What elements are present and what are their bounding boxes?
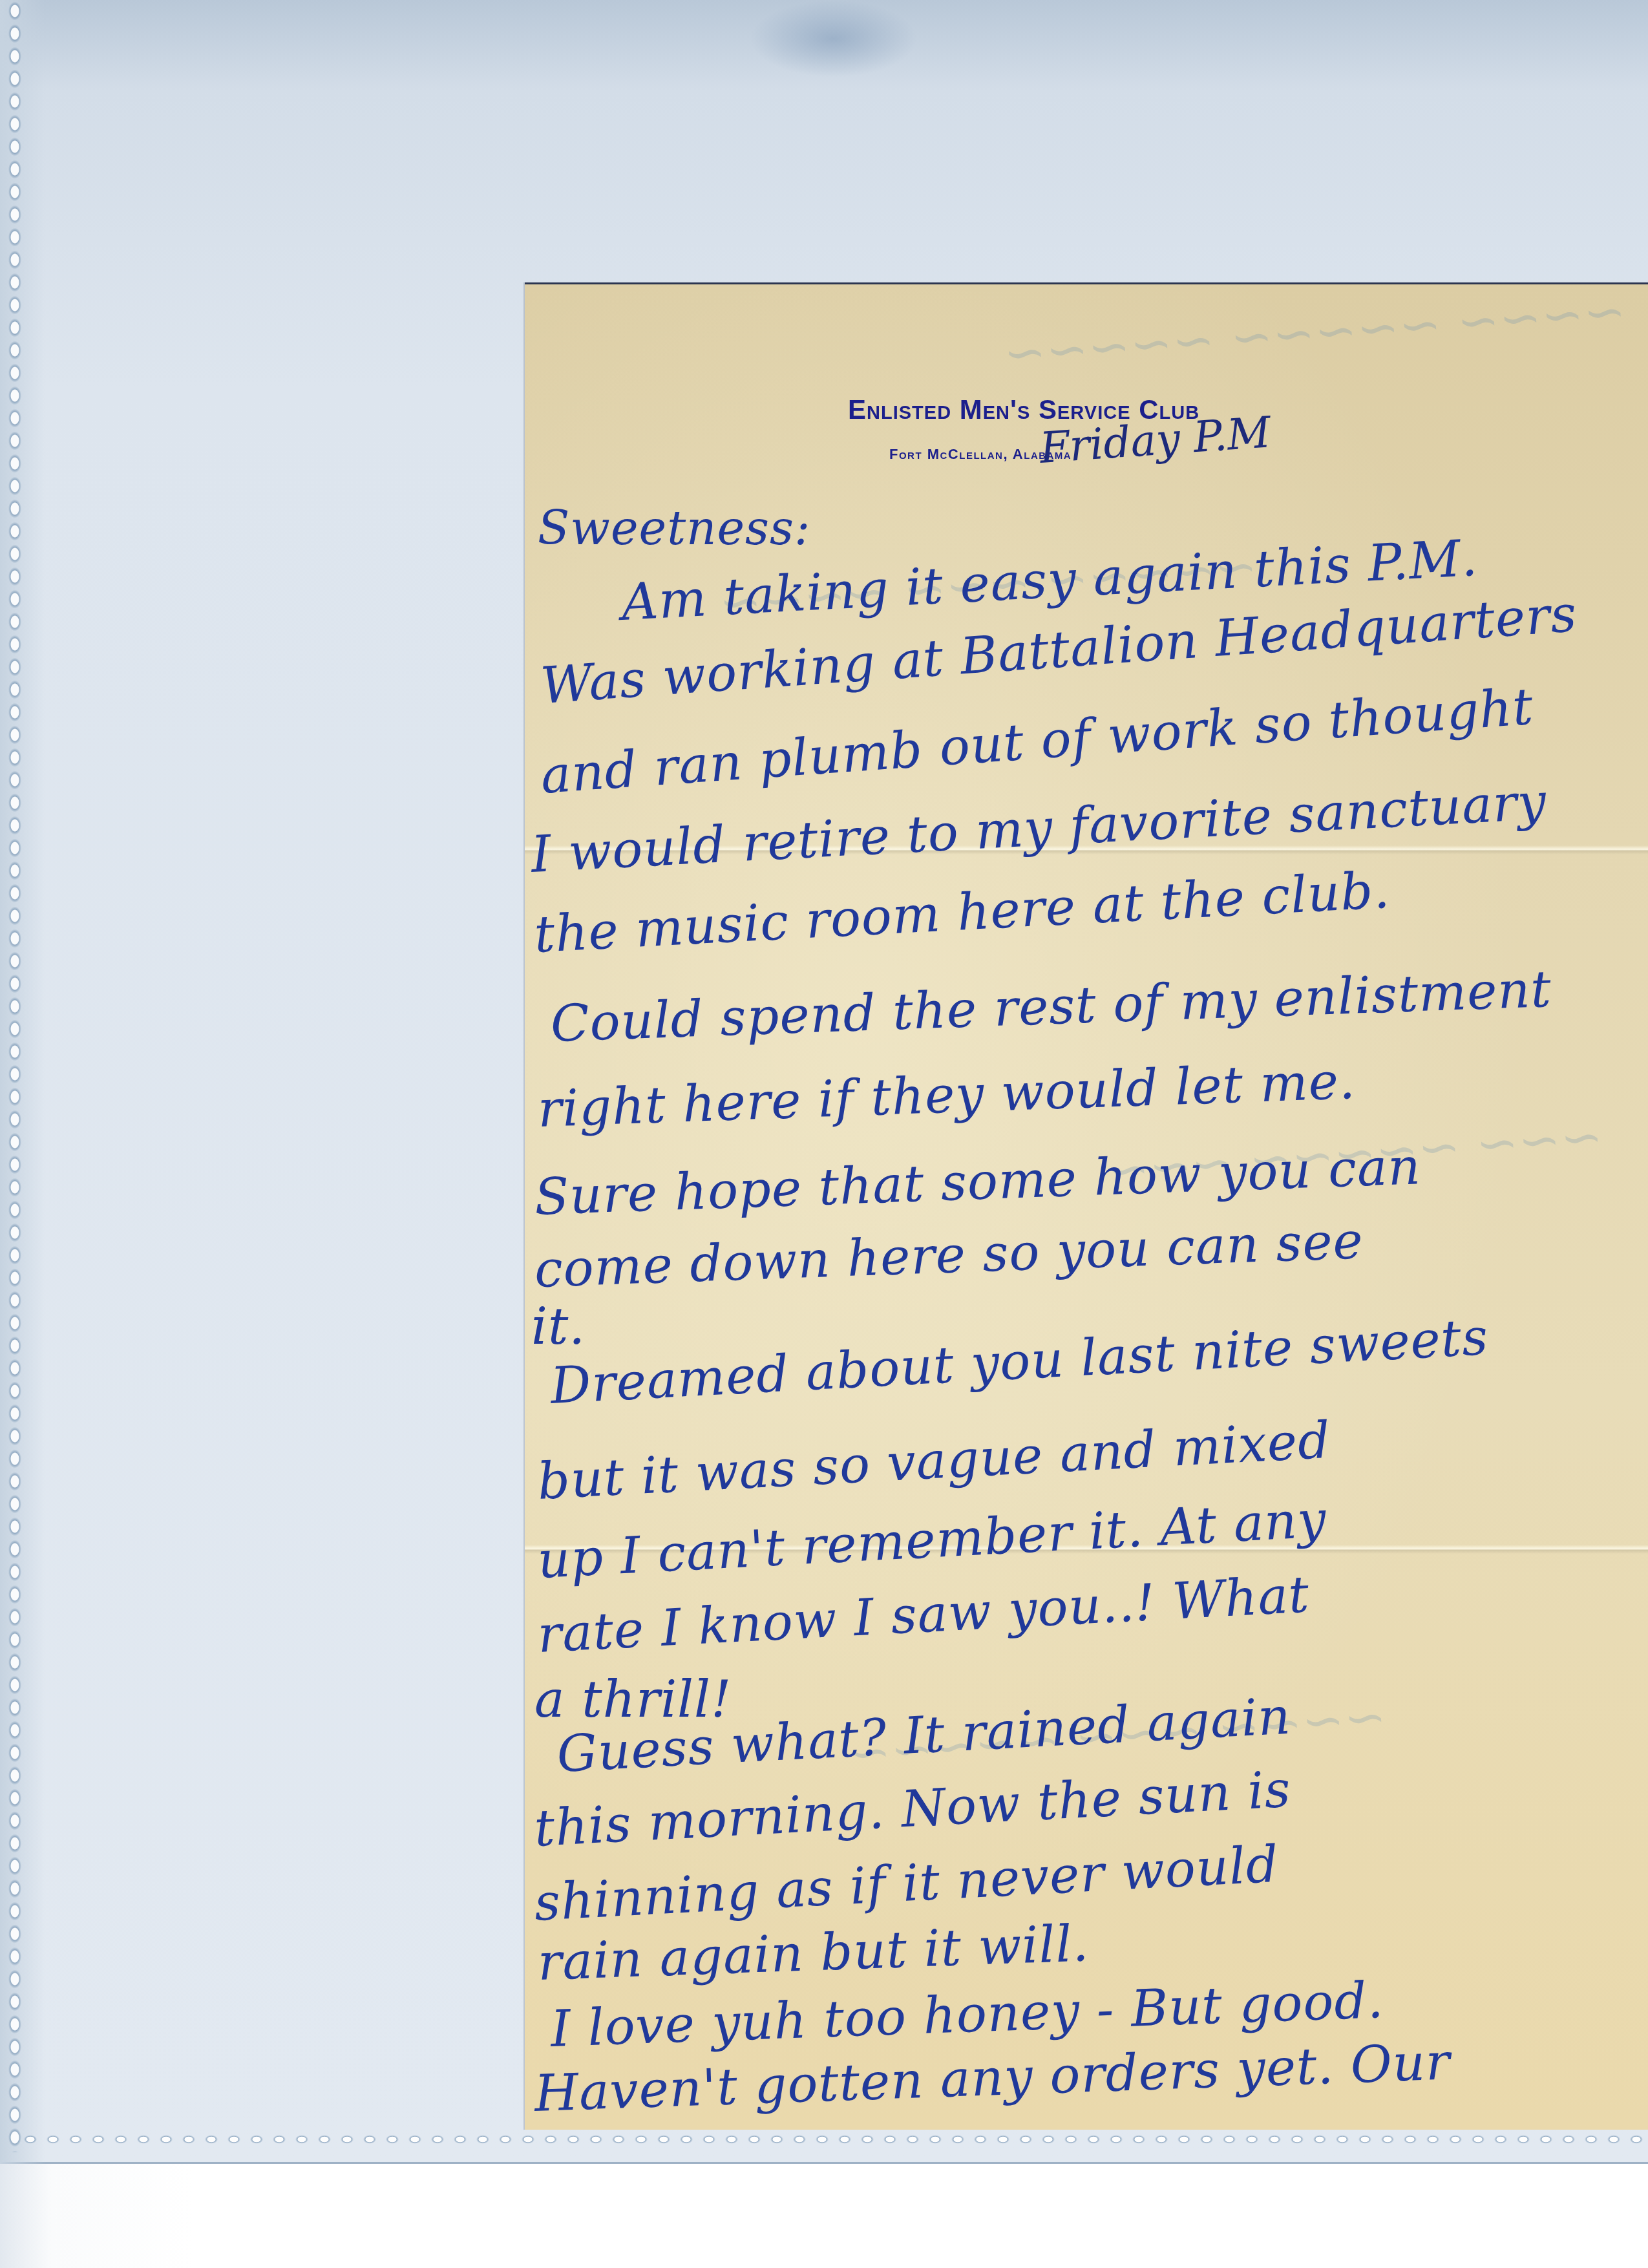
- letter-line: right here if they would let me.: [536, 1052, 1357, 1139]
- letter-line: Dreamed about you last nite sweets: [549, 1308, 1490, 1415]
- scanner-background: [0, 2164, 1648, 2268]
- sleeve-punch-holes-left: [6, 0, 23, 2152]
- letter-line: come down here so you can see: [533, 1212, 1364, 1299]
- letter-line: Sure hope that some how you can: [533, 1138, 1422, 1227]
- bleed-through-writing: ~~~~ ~~~~~ ~~~~~: [1002, 282, 1628, 383]
- sleeve-perforation-bottom: [19, 2131, 1648, 2148]
- letter-line: it.: [531, 1298, 586, 1356]
- salutation: Sweetness:: [538, 501, 810, 555]
- letter-page: ~~~~ ~~~~~ ~~~~~ ~~~~~ ~~~ ~~~~ ~~~ ~~~~…: [525, 282, 1648, 2130]
- letter-line: Could spend the rest of my enlistment: [549, 960, 1552, 1054]
